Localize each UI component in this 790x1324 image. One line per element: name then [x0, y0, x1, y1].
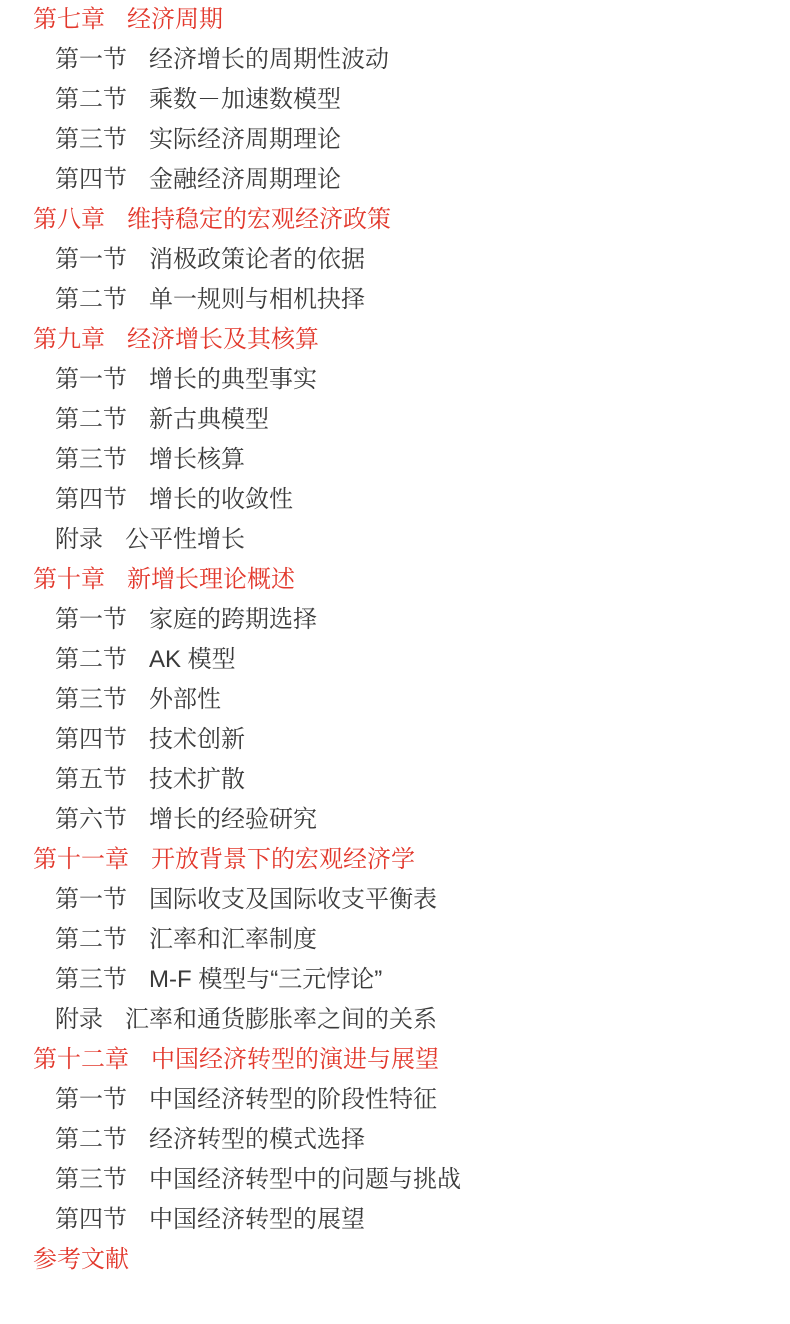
- toc-entry-label: 第四节: [55, 480, 127, 520]
- toc-entry-label: 第二节: [55, 1120, 127, 1160]
- toc-chapter-entry[interactable]: 第十一章开放背景下的宏观经济学: [0, 840, 790, 880]
- toc-entry-title: 开放背景下的宏观经济学: [151, 840, 415, 880]
- toc-entry-title: AK 模型: [149, 640, 236, 680]
- toc-section-entry[interactable]: 第二节新古典模型: [0, 400, 790, 440]
- toc-chapter-entry[interactable]: 第九章经济增长及其核算: [0, 320, 790, 360]
- toc-entry-label: 第十二章: [33, 1040, 129, 1080]
- toc-section-entry[interactable]: 附录公平性增长: [0, 520, 790, 560]
- toc-entry-title: 中国经济转型的展望: [149, 1200, 365, 1240]
- toc-section-entry[interactable]: 第二节AK 模型: [0, 640, 790, 680]
- toc-section-entry[interactable]: 第四节技术创新: [0, 720, 790, 760]
- toc-entry-label: 第四节: [55, 1200, 127, 1240]
- toc-page: 第七章经济周期第一节经济增长的周期性波动第二节乘数－加速数模型第三节实际经济周期…: [0, 0, 790, 1324]
- toc-entry-title: 中国经济转型的阶段性特征: [149, 1080, 437, 1120]
- toc-entry-title: 增长的收敛性: [149, 480, 293, 520]
- toc-section-entry[interactable]: 第三节增长核算: [0, 440, 790, 480]
- toc-entry-label: 第三节: [55, 440, 127, 480]
- toc-entry-title: 家庭的跨期选择: [149, 600, 317, 640]
- toc-section-entry[interactable]: 第一节家庭的跨期选择: [0, 600, 790, 640]
- toc-section-entry[interactable]: 第三节实际经济周期理论: [0, 120, 790, 160]
- toc-entry-title: 新古典模型: [149, 400, 269, 440]
- toc-section-entry[interactable]: 附录汇率和通货膨胀率之间的关系: [0, 1000, 790, 1040]
- toc-entry-title: 技术创新: [149, 720, 245, 760]
- toc-entry-label: 第七章: [33, 0, 105, 40]
- toc-entry-label: 第六节: [55, 800, 127, 840]
- toc-entry-title: 公平性增长: [125, 520, 245, 560]
- toc-section-entry[interactable]: 第二节乘数－加速数模型: [0, 80, 790, 120]
- toc-entry-title: 增长的典型事实: [149, 360, 317, 400]
- toc-entry-label: 第八章: [33, 200, 105, 240]
- toc-entry-label: 第一节: [55, 240, 127, 280]
- toc-entry-label: 第三节: [55, 960, 127, 1000]
- toc-entry-label: 第三节: [55, 120, 127, 160]
- toc-entry-label: 第十章: [33, 560, 105, 600]
- toc-chapter-entry[interactable]: 第十二章中国经济转型的演进与展望: [0, 1040, 790, 1080]
- toc-entry-label: 第九章: [33, 320, 105, 360]
- toc-entry-label: 第一节: [55, 600, 127, 640]
- toc-entry-label: 第十一章: [33, 840, 129, 880]
- toc-section-entry[interactable]: 第三节中国经济转型中的问题与挑战: [0, 1160, 790, 1200]
- toc-chapter-entry[interactable]: 参考文献: [0, 1240, 790, 1280]
- toc-entry-label: 附录: [55, 1000, 103, 1040]
- toc-entry-label: 第一节: [55, 880, 127, 920]
- toc-entry-label: 第二节: [55, 920, 127, 960]
- toc-section-entry[interactable]: 第一节增长的典型事实: [0, 360, 790, 400]
- toc-entry-title: 国际收支及国际收支平衡表: [149, 880, 437, 920]
- toc-entry-label: 参考文献: [33, 1240, 129, 1280]
- toc-chapter-entry[interactable]: 第七章经济周期: [0, 0, 790, 40]
- toc-list: 第七章经济周期第一节经济增长的周期性波动第二节乘数－加速数模型第三节实际经济周期…: [0, 0, 790, 1280]
- toc-section-entry[interactable]: 第四节增长的收敛性: [0, 480, 790, 520]
- toc-entry-title: 汇率和通货膨胀率之间的关系: [125, 1000, 437, 1040]
- toc-entry-label: 第三节: [55, 680, 127, 720]
- toc-section-entry[interactable]: 第一节中国经济转型的阶段性特征: [0, 1080, 790, 1120]
- toc-entry-label: 第三节: [55, 1160, 127, 1200]
- toc-entry-label: 第一节: [55, 1080, 127, 1120]
- toc-entry-label: 第四节: [55, 720, 127, 760]
- toc-entry-title: 外部性: [149, 680, 221, 720]
- toc-section-entry[interactable]: 第五节技术扩散: [0, 760, 790, 800]
- toc-entry-label: 第二节: [55, 80, 127, 120]
- toc-chapter-entry[interactable]: 第八章维持稳定的宏观经济政策: [0, 200, 790, 240]
- toc-section-entry[interactable]: 第二节经济转型的模式选择: [0, 1120, 790, 1160]
- toc-entry-title: 新增长理论概述: [127, 560, 295, 600]
- toc-entry-title: 实际经济周期理论: [149, 120, 341, 160]
- toc-entry-title: 消极政策论者的依据: [149, 240, 365, 280]
- toc-entry-title: 汇率和汇率制度: [149, 920, 317, 960]
- toc-entry-title: 经济增长的周期性波动: [149, 40, 389, 80]
- toc-section-entry[interactable]: 第一节国际收支及国际收支平衡表: [0, 880, 790, 920]
- toc-entry-label: 第一节: [55, 40, 127, 80]
- toc-entry-label: 第二节: [55, 640, 127, 680]
- toc-entry-label: 第二节: [55, 280, 127, 320]
- toc-entry-title: 中国经济转型中的问题与挑战: [149, 1160, 461, 1200]
- toc-entry-title: 经济转型的模式选择: [149, 1120, 365, 1160]
- toc-entry-title: 单一规则与相机抉择: [149, 280, 365, 320]
- toc-section-entry[interactable]: 第三节M-F 模型与“三元悖论”: [0, 960, 790, 1000]
- toc-section-entry[interactable]: 第二节汇率和汇率制度: [0, 920, 790, 960]
- toc-entry-title: 经济增长及其核算: [127, 320, 319, 360]
- toc-entry-title: 技术扩散: [149, 760, 245, 800]
- toc-entry-title: 维持稳定的宏观经济政策: [127, 200, 391, 240]
- toc-section-entry[interactable]: 第一节消极政策论者的依据: [0, 240, 790, 280]
- toc-entry-title: 经济周期: [127, 0, 223, 40]
- toc-entry-label: 第五节: [55, 760, 127, 800]
- toc-entry-label: 附录: [55, 520, 103, 560]
- toc-entry-title: 增长核算: [149, 440, 245, 480]
- toc-section-entry[interactable]: 第四节金融经济周期理论: [0, 160, 790, 200]
- toc-section-entry[interactable]: 第一节经济增长的周期性波动: [0, 40, 790, 80]
- toc-section-entry[interactable]: 第二节单一规则与相机抉择: [0, 280, 790, 320]
- toc-entry-title: 增长的经验研究: [149, 800, 317, 840]
- toc-entry-label: 第一节: [55, 360, 127, 400]
- toc-section-entry[interactable]: 第六节增长的经验研究: [0, 800, 790, 840]
- toc-entry-title: 乘数－加速数模型: [149, 80, 341, 120]
- toc-entry-title: 金融经济周期理论: [149, 160, 341, 200]
- toc-entry-title: M-F 模型与“三元悖论”: [149, 960, 382, 1000]
- toc-entry-title: 中国经济转型的演进与展望: [151, 1040, 439, 1080]
- toc-entry-label: 第四节: [55, 160, 127, 200]
- toc-chapter-entry[interactable]: 第十章新增长理论概述: [0, 560, 790, 600]
- toc-section-entry[interactable]: 第三节外部性: [0, 680, 790, 720]
- toc-entry-label: 第二节: [55, 400, 127, 440]
- toc-section-entry[interactable]: 第四节中国经济转型的展望: [0, 1200, 790, 1240]
